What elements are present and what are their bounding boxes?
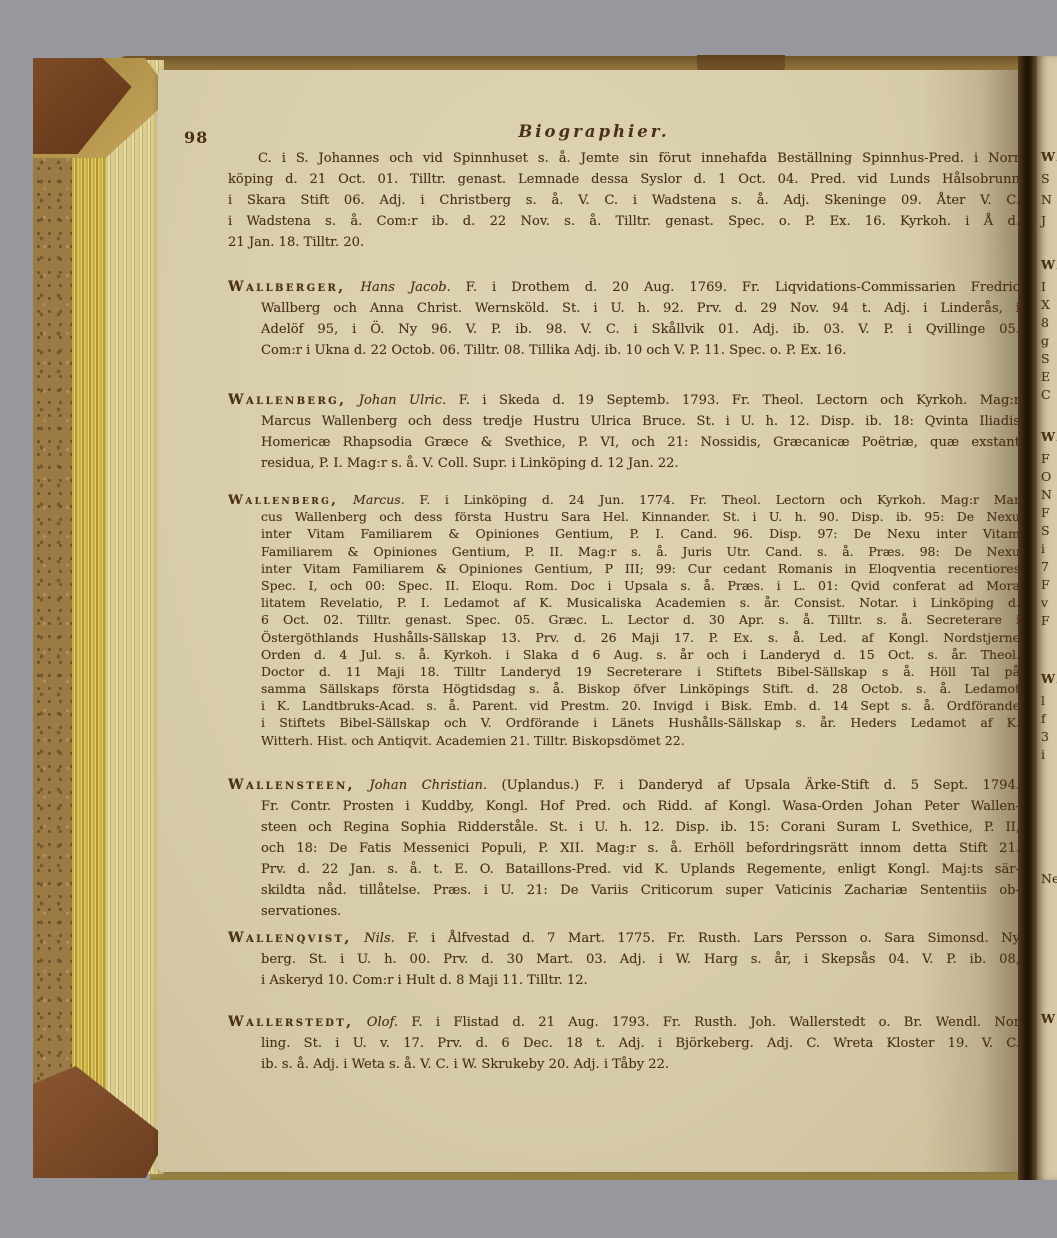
text-line: steen och Regina Sophia Ridderståle. St.… [228,817,1020,838]
entry-surname: Wallberger, [228,279,346,295]
text-line: berg. St. i U. h. 00. Prv. d. 30 Mart. 0… [228,949,1020,970]
text-line: 21 Jan. 18. Tilltr. 20. [228,232,1020,253]
text-line: i Stiftets Bibel-Sällskap och V. Ordföra… [228,714,1020,731]
text-line: Wallenberg, Johan Ulric. F. i Skeda d. 1… [228,390,1020,411]
text-line: Spec. I, och 00: Spec. II. Eloqu. Rom. D… [228,577,1020,594]
entry-surname: Wallerstedt, [228,1014,353,1030]
text-line: Wallberger, Hans Jacob. F. i Drothem d. … [228,277,1020,298]
next-page-text-fragment: N [1041,488,1052,502]
entry: Wallberger, Hans Jacob. F. i Drothem d. … [228,277,1020,361]
book-page: 98 Biographier. C. i S. Johannes och vid… [158,70,1024,1172]
text-line: i Skara Stift 06. Adj. i Christberg s. å… [228,190,1020,211]
entry-given-name: Johan Ulric. [359,393,446,408]
text-line: Marcus Wallenberg och dess tredje Hustru… [228,411,1020,432]
text-line: ib. s. å. Adj. i Weta s. å. V. C. i W. S… [228,1054,1020,1075]
entry-surname: Wallenqvist, [228,930,352,946]
entry: Wallensteen, Johan Christian. (Uplandus.… [228,775,1020,922]
text-line: Fr. Contr. Prosten i Kuddby, Kongl. Hof … [228,796,1020,817]
text-line: ling. St. i U. v. 17. Prv. d. 6 Dec. 18 … [228,1033,1020,1054]
next-page-text-fragment: f [1041,712,1046,726]
text-line: Doctor d. 11 Maji 18. Tilltr Landeryd 19… [228,663,1020,680]
text-line: köping d. 21 Oct. 01. Tilltr. genast. Le… [228,169,1020,190]
text-line: och 18: De Fatis Messenici Populi, P. XI… [228,838,1020,859]
text-line: inter Vitam Familiarem & Opiniones Genti… [228,525,1020,542]
entry-given-name: Nils. [364,931,395,946]
entry-surname: Wallenberg, [228,493,338,508]
next-page-text-fragment: J [1041,214,1046,228]
next-page-text-fragment: 3 [1041,730,1049,744]
text-line: Östergöthlands Hushålls-Sällskap 13. Prv… [228,629,1020,646]
next-page-text-fragment: X [1041,298,1050,312]
text-line: Witterh. Hist. och Antiqvit. Academien 2… [228,732,1020,749]
next-page-text-fragment: F [1041,614,1050,628]
book-photo: 98 Biographier. C. i S. Johannes och vid… [0,0,1057,1238]
text-line: samma Sällskaps första Högtidsdag s. å. … [228,680,1020,697]
next-page-text-fragment: l [1041,694,1045,708]
next-page-text-fragment: F [1041,506,1050,520]
entry-given-name: Johan Christian. [369,778,487,793]
text-line: i Askeryd 10. Com:r i Hult d. 8 Maji 11.… [228,970,1020,991]
text-line: Familiarem & Opiniones Gentium, P. II. M… [228,543,1020,560]
text-line: Orden d. 4 Jul. s. å. Kyrkoh. i Slaka d … [228,646,1020,663]
text-line: servationes. [228,901,1020,922]
entry: C. i S. Johannes och vid Spinnhuset s. å… [228,148,1020,253]
running-header: Biographier. [198,122,990,141]
text-line: Adelöf 95, i Ö. Ny 96. V. P. ib. 98. V. … [228,319,1020,340]
entry: Wallenqvist, Nils. F. i Ålfvestad d. 7 M… [228,928,1020,991]
next-page-text-fragment: E [1041,370,1050,384]
text-line: Wallensteen, Johan Christian. (Uplandus.… [228,775,1020,796]
next-page-text-fragment: Wa [1041,258,1057,272]
text-line: i K. Landtbruks-Acad. s. å. Parent. vid … [228,697,1020,714]
text-line: Wallerstedt, Olof. F. i Flistad d. 21 Au… [228,1012,1020,1033]
page-fore-edge [72,62,106,1174]
gutter-shadow [1018,56,1037,1180]
text-line: skildta nåd. tillåtelse. Præs. i U. 21: … [228,880,1020,901]
next-page-text-fragment: S [1041,524,1050,538]
next-page-text-fragment: Wa [1041,150,1057,164]
text-line: Prv. d. 22 Jan. s. å. t. E. O. Bataillon… [228,859,1020,880]
entry: Wallenberg, Johan Ulric. F. i Skeda d. 1… [228,390,1020,474]
next-page-text-fragment: S [1041,352,1050,366]
next-page-text-fragment: Wal [1041,672,1057,686]
next-page-text-fragment: F [1041,578,1050,592]
next-page-text-fragment: 8 [1041,316,1049,330]
entry-given-name: Marcus. [353,492,405,507]
next-page-text-fragment: g [1041,334,1049,348]
next-page-text-fragment: O [1041,470,1051,484]
next-page-text-fragment: W [1041,1012,1057,1026]
text-line: 6 Oct. 02. Tilltr. genast. Spec. 05. Græ… [228,611,1020,628]
next-page-text-fragment: I [1041,280,1046,294]
entry: Wallenberg, Marcus. F. i Linköping d. 24… [228,491,1020,749]
text-line: Wallenqvist, Nils. F. i Ålfvestad d. 7 M… [228,928,1020,949]
next-page-text-fragment: Ne [1041,872,1057,886]
next-page-text-fragment: Wal [1041,430,1057,444]
text-line: C. i S. Johannes och vid Spinnhuset s. å… [228,148,1020,169]
text-line: inter Vitam Familiarem & Opiniones Genti… [228,560,1020,577]
next-page-edge: WaSNJWaIX8gSECWalFONFSi7FvFWallf3iNeW [1037,56,1057,1180]
entry-surname: Wallenberg, [228,392,346,408]
text-line: cus Wallenberg och dess första Hustru Sa… [228,508,1020,525]
next-page-text-fragment: i [1041,748,1045,762]
text-line: i Wadstena s. å. Com:r ib. d. 22 Nov. s.… [228,211,1020,232]
page-fore-edge-inner [106,60,164,1174]
next-page-text-fragment: i [1041,542,1045,556]
biography-entries: C. i S. Johannes och vid Spinnhuset s. å… [228,148,1020,1075]
text-line: Wallberg och Anna Christ. Wernsköld. St.… [228,298,1020,319]
entry-surname: Wallensteen, [228,777,355,793]
next-page-text-fragment: v [1041,596,1048,610]
text-line: Homericæ Rhapsodia Græce & Svethice, P. … [228,432,1020,453]
text-line: Wallenberg, Marcus. F. i Linköping d. 24… [228,491,1020,508]
text-line: residua, P. I. Mag:r s. å. V. Coll. Supr… [228,453,1020,474]
entry-given-name: Hans Jacob. [361,280,451,295]
next-page-text-fragment: F [1041,452,1050,466]
next-page-text-fragment: 7 [1041,560,1049,574]
next-page-text-fragment: N [1041,193,1052,207]
text-line: Com:r i Ukna d. 22 Octob. 06. Tilltr. 08… [228,340,1020,361]
entry: Wallerstedt, Olof. F. i Flistad d. 21 Au… [228,1012,1020,1075]
next-page-text-fragment: S [1041,172,1050,186]
next-page-text-fragment: C [1041,388,1051,402]
entry-given-name: Olof. [367,1015,398,1030]
text-line: litatem Revelatio, P. I. Ledamot af K. M… [228,594,1020,611]
